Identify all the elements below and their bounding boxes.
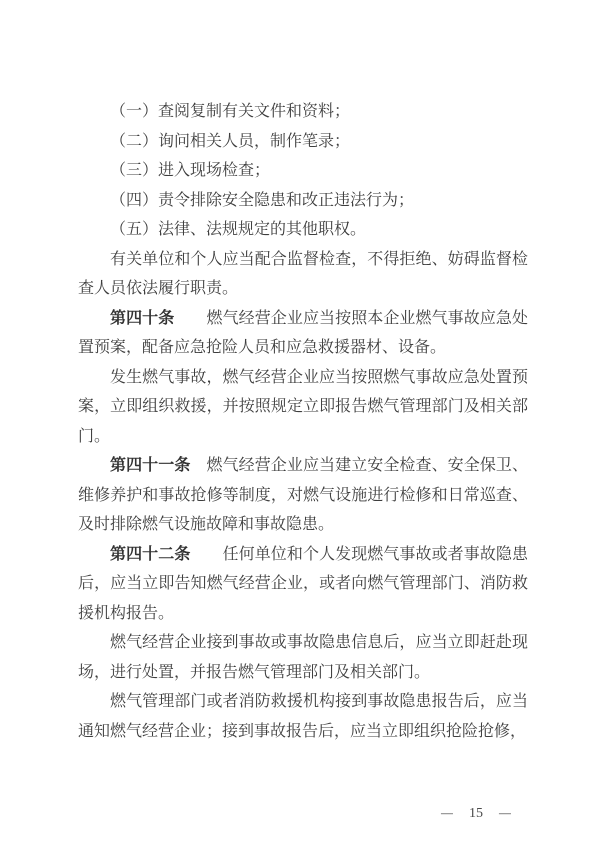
paragraph: 发生燃气事故，燃气经营企业应当按照燃气事故应急处置预案，立即组织救援，并按照规定…	[78, 363, 528, 452]
paragraph: 燃气经营企业接到事故或事故隐患信息后，应当立即赶赴现场，进行处置，并报告燃气管理…	[78, 628, 528, 687]
list-item: （三）进入现场检查；	[78, 156, 528, 186]
article-number: 第四十一条	[110, 457, 190, 474]
article-paragraph: 第四十二条 任何单位和个人发现燃气事故或者事故隐患后，应当立即告知燃气经营企业，…	[78, 540, 528, 629]
list-item: （一）查阅复制有关文件和资料；	[78, 97, 528, 127]
paragraph-text: 燃气管理部门或者消防救援机构接到事故隐患报告后，应当通知燃气经营企业；接到事故报…	[78, 693, 528, 740]
paragraph-text: （四）责令排除安全隐患和改正违法行为；	[110, 192, 414, 209]
article-paragraph: 第四十条 燃气经营企业应当按照本企业燃气事故应急处置预案，配备应急抢险人员和应急…	[78, 304, 528, 363]
paragraph-text: （五）法律、法规规定的其他职权。	[110, 221, 366, 238]
paragraph-text: 燃气经营企业接到事故或事故隐患信息后，应当立即赶赴现场，进行处置，并报告燃气管理…	[78, 634, 528, 681]
page-number-group: — 15 —	[440, 806, 512, 822]
footer-dash-right: —	[499, 806, 511, 822]
page-footer: — 15 —	[0, 806, 600, 830]
paragraph: 有关单位和个人应当配合监督检查，不得拒绝、妨碍监督检查人员依法履行职责。	[78, 245, 528, 304]
paragraph: 燃气管理部门或者消防救援机构接到事故隐患报告后，应当通知燃气经营企业；接到事故报…	[78, 687, 528, 746]
page-number: 15	[467, 806, 485, 822]
article-number: 第四十二条	[110, 546, 190, 563]
article-paragraph: 第四十一条 燃气经营企业应当建立安全检查、安全保卫、维修养护和事故抢修等制度，对…	[78, 451, 528, 540]
footer-dash-left: —	[441, 806, 453, 822]
list-item: （二）询问相关人员，制作笔录；	[78, 127, 528, 157]
list-item: （五）法律、法规规定的其他职权。	[78, 215, 528, 245]
paragraph-text: （二）询问相关人员，制作笔录；	[110, 133, 350, 150]
article-number: 第四十条	[110, 310, 174, 327]
paragraph-text: （一）查阅复制有关文件和资料；	[110, 103, 350, 120]
paragraph-text: 发生燃气事故，燃气经营企业应当按照燃气事故应急处置预案，立即组织救援，并按照规定…	[78, 369, 528, 445]
paragraph-text: （三）进入现场检查；	[110, 162, 270, 179]
list-item: （四）责令排除安全隐患和改正违法行为；	[78, 186, 528, 216]
paragraph-text: 有关单位和个人应当配合监督检查，不得拒绝、妨碍监督检查人员依法履行职责。	[78, 251, 528, 298]
document-page: （一）查阅复制有关文件和资料； （二）询问相关人员，制作笔录； （三）进入现场检…	[0, 0, 600, 848]
document-body: （一）查阅复制有关文件和资料； （二）询问相关人员，制作笔录； （三）进入现场检…	[78, 97, 528, 746]
